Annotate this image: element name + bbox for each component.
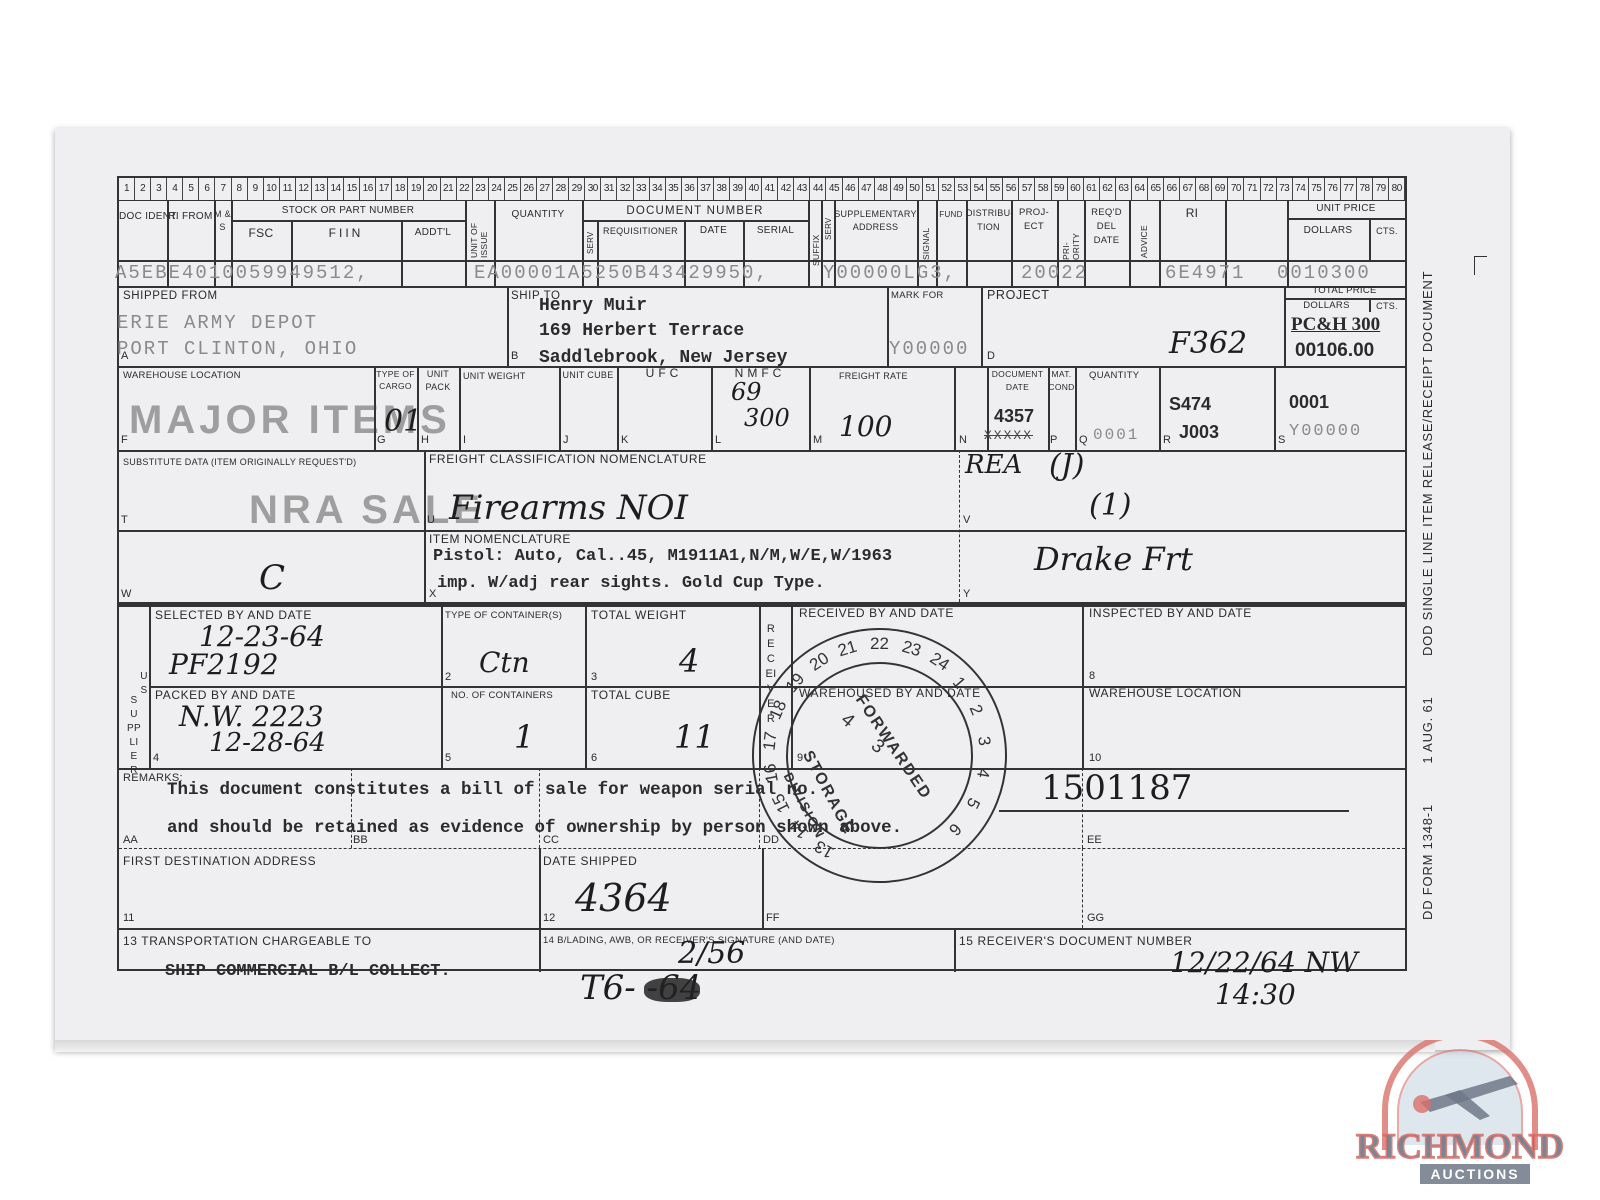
card-column-number: 25 <box>505 178 521 200</box>
r-field-line1: S474 <box>1169 394 1211 415</box>
card-column-number: 23 <box>473 178 489 200</box>
label-total-price: TOTAL PRICE <box>1284 284 1405 298</box>
type-of-containers-value: Ctn <box>479 646 530 679</box>
label-serial: SERIAL <box>743 224 808 238</box>
label-m-s: M & S <box>214 208 231 234</box>
card-column-number: 68 <box>1196 178 1212 200</box>
label-fund: FUND <box>936 208 966 222</box>
key-b: B <box>511 350 518 362</box>
supplier-us-label: US <box>139 670 149 698</box>
key-w: W <box>121 588 131 600</box>
label-serv: SERV <box>586 232 595 254</box>
document-date-value: 4357 <box>994 406 1034 427</box>
card-column-number: 35 <box>666 178 682 200</box>
card-column-number: 22 <box>457 178 473 200</box>
card-column-number: 47 <box>859 178 875 200</box>
corner-mark <box>1474 256 1487 275</box>
label-unit-weight: UNIT WEIGHT <box>463 370 526 382</box>
label-total-dollars: DOLLARS <box>1284 299 1369 313</box>
card-column-number: 37 <box>698 178 714 200</box>
card-column-number: 40 <box>746 178 762 200</box>
card-column-number: 27 <box>537 178 553 200</box>
card-data-segment-5: 6E4971 <box>1165 262 1245 284</box>
remarks-line1: This document constitutes a bill of sale… <box>167 780 818 800</box>
n-field-struck: XXXXX <box>984 428 1033 443</box>
watermark-brand: RICHMOND <box>1356 1126 1564 1166</box>
card-column-number: 19 <box>408 178 424 200</box>
key-q: Q <box>1079 434 1088 446</box>
stamp-ring-number: 1 <box>948 673 969 693</box>
key-g: G <box>377 434 386 446</box>
label-suffix: SUFFIX <box>811 235 821 266</box>
v-field-rea: REA <box>965 450 1022 480</box>
card-column-number: 36 <box>682 178 698 200</box>
row3-quantity-value: 0001 <box>1093 426 1139 444</box>
card-column-number: 80 <box>1389 178 1405 200</box>
label-type-of-cargo: TYPE OF CARGO <box>374 368 417 392</box>
card-column-number: 7 <box>215 178 231 200</box>
label-quantity: QUANTITY <box>494 208 582 222</box>
total-price-value: 00106.00 <box>1295 340 1374 362</box>
card-column-number: 42 <box>778 178 794 200</box>
label-priority: PRI- ORITY <box>1061 218 1081 260</box>
key-m: M <box>813 434 822 446</box>
key-u: U <box>427 514 435 526</box>
card-column-number: 18 <box>392 178 408 200</box>
label-row3-quantity: QUANTITY <box>1089 370 1139 382</box>
item-nomenclature-line1: Pistol: Auto, Cal..45, M1911A1,N/M,W/E,W… <box>433 547 892 566</box>
key-3: 3 <box>591 671 597 683</box>
label-signal: SIGNAL <box>921 228 931 260</box>
card-column-numbers: 1234567891011121314151617181920212223242… <box>119 178 1405 201</box>
key-r: R <box>1163 434 1171 446</box>
total-weight-value: 4 <box>679 642 699 680</box>
label-doc-ident: DOC IDENT. <box>119 210 167 224</box>
nmfc-value-1: 69 <box>731 378 762 406</box>
card-column-number: 73 <box>1277 178 1293 200</box>
key-4: 4 <box>153 752 159 764</box>
key-k: K <box>621 434 628 446</box>
card-column-number: 79 <box>1373 178 1389 200</box>
label-shipped-from: SHIPPED FROM <box>123 290 218 302</box>
stamp-ring-number: 18 <box>766 698 792 723</box>
card-column-number: 50 <box>907 178 923 200</box>
label-project-code: PROJ- ECT <box>1011 206 1057 234</box>
label-ri-from: RI FROM <box>167 210 214 224</box>
card-column-number: 60 <box>1068 178 1084 200</box>
project-handwritten: F362 <box>1169 326 1247 361</box>
card-column-number: 44 <box>810 178 826 200</box>
card-column-number: 11 <box>280 178 296 200</box>
card-column-number: 71 <box>1244 178 1260 200</box>
label-freight-classification: FREIGHT CLASSIFICATION NOMENCLATURE <box>429 452 707 466</box>
card-data-segment-3: Y00000LG3, <box>823 262 957 284</box>
stamp-ring-number: 3 <box>974 735 995 747</box>
stamp-ring-number: 2 <box>965 702 987 719</box>
key-5: 5 <box>445 752 451 764</box>
card-column-number: 2 <box>135 178 151 200</box>
key-ff: FF <box>766 912 779 924</box>
label-supplementary-address: SUPPLEMENTARY ADDRESS <box>834 208 917 234</box>
card-column-number: 56 <box>1003 178 1019 200</box>
card-column-number: 4 <box>167 178 183 200</box>
label-addtl: ADDT'L <box>401 226 465 240</box>
card-column-number: 17 <box>376 178 392 200</box>
card-column-number: 78 <box>1357 178 1373 200</box>
card-data-segment-1: A5EBE4010059949512, <box>115 262 370 284</box>
key-i: I <box>463 434 466 446</box>
card-column-number: 52 <box>939 178 955 200</box>
key-y: Y <box>963 588 970 600</box>
label-date: DATE <box>684 224 743 238</box>
label-unit-cube: UNIT CUBE <box>559 368 617 382</box>
label-advice: ADVICE <box>1139 225 1149 258</box>
ship-to-city: Saddlebrook, New Jersey <box>539 348 787 368</box>
form-date: 1 AUG. 61 <box>1420 696 1435 763</box>
selected-by-initials: PF2192 <box>169 648 279 681</box>
card-column-number: 76 <box>1325 178 1341 200</box>
shipped-from-line1: ERIE ARMY DEPOT <box>117 312 318 334</box>
label-unit-price: UNIT PRICE <box>1287 202 1405 216</box>
label-first-destination: FIRST DESTINATION ADDRESS <box>123 854 316 868</box>
stamp-ring-number: 24 <box>926 649 953 676</box>
card-column-number: 10 <box>264 178 280 200</box>
lading-handwritten-top: 2/56 <box>678 936 745 971</box>
card-column-number: 74 <box>1293 178 1309 200</box>
date-shipped-value: 4364 <box>575 876 672 920</box>
side-form-title: DD FORM 1348-1 1 AUG. 61 DOD SINGLE LINE… <box>1420 235 1435 920</box>
label-warehouse-location: WAREHOUSE LOCATION <box>123 370 241 382</box>
label-freight-rate: FREIGHT RATE <box>839 370 908 382</box>
card-column-number: 3 <box>151 178 167 200</box>
key-dd: DD <box>763 834 779 846</box>
label-serv-2: SERV <box>824 218 833 240</box>
label-dollars: DOLLARS <box>1287 224 1369 238</box>
label-received-by: RECEIVED BY AND DATE <box>799 606 954 620</box>
w-field-value: C <box>259 558 285 598</box>
stamp-ring-number: 20 <box>806 649 833 676</box>
card-column-number: 8 <box>232 178 248 200</box>
card-column-number: 46 <box>843 178 859 200</box>
card-column-number: 24 <box>489 178 505 200</box>
s-field-line2: Y00000 <box>1289 422 1362 441</box>
card-column-number: 70 <box>1228 178 1244 200</box>
stamp-ring-number: 6 <box>944 819 965 840</box>
card-column-number: 14 <box>328 178 344 200</box>
forwarded-storage-division-stamp: 131415161718192021222324123456 FORWARDED… <box>752 628 1007 883</box>
transportation-value: SHIP COMMERCIAL B/L COLLECT. <box>165 962 451 981</box>
key-v: V <box>963 514 970 526</box>
shipped-from-line2: PORT CLINTON, OHIO <box>117 338 358 360</box>
key-t: T <box>121 514 128 526</box>
card-column-number: 61 <box>1084 178 1100 200</box>
label-substitute-data: SUBSTITUTE DATA (ITEM ORIGINALLY REQUEST… <box>123 456 356 468</box>
key-2: 2 <box>445 671 451 683</box>
key-aa: AA <box>123 834 138 846</box>
card-column-number: 29 <box>569 178 585 200</box>
richmond-auctions-logo: RICHMOND AUCTIONS <box>1350 1040 1570 1190</box>
card-column-number: 5 <box>183 178 199 200</box>
label-total-weight: TOTAL WEIGHT <box>591 608 687 622</box>
y-field-value: Drake Frt <box>1034 540 1193 578</box>
label-unit-pack: UNIT PACK <box>417 368 459 394</box>
card-column-number: 13 <box>312 178 328 200</box>
card-column-number: 39 <box>730 178 746 200</box>
card-data-segment-6: 0010300 <box>1277 262 1371 284</box>
label-no-of-containers: NO. OF CONTAINERS <box>451 690 553 702</box>
stamp-ring-number: 22 <box>870 634 889 654</box>
card-data-segment-2: EA00001A5250B43429950, <box>474 262 769 284</box>
receivers-doc-handwritten-1: 12/22/64 NW <box>1170 946 1358 979</box>
pch-value: PC&H 300 <box>1291 314 1380 336</box>
key-ee: EE <box>1087 834 1102 846</box>
card-column-number: 34 <box>650 178 666 200</box>
card-column-number: 67 <box>1180 178 1196 200</box>
key-a: A <box>121 350 128 362</box>
label-cts: CTS. <box>1369 224 1405 238</box>
label-mark-for: MARK FOR <box>891 290 944 302</box>
card-column-number: 30 <box>585 178 601 200</box>
label-project: PROJECT <box>987 288 1050 302</box>
label-distribution: DISTRIBU- TION <box>966 206 1011 234</box>
paper-curl <box>55 1040 1435 1052</box>
card-column-number: 12 <box>296 178 312 200</box>
card-column-number: 64 <box>1132 178 1148 200</box>
card-column-number: 16 <box>360 178 376 200</box>
weapon-serial-handwritten: 1501187 <box>1041 768 1192 808</box>
label-ufc: UFC <box>617 366 711 380</box>
card-column-number: 6 <box>199 178 215 200</box>
label-mat-cond: MAT. COND <box>1048 368 1075 394</box>
card-column-number: 77 <box>1341 178 1357 200</box>
type-of-cargo-value: 01 <box>384 404 422 439</box>
card-column-number: 38 <box>714 178 730 200</box>
stamp-ring-number: 21 <box>836 636 860 661</box>
card-column-number: 69 <box>1212 178 1228 200</box>
key-f: F <box>121 434 128 446</box>
freight-rate-value: 100 <box>839 410 892 443</box>
card-column-number: 72 <box>1261 178 1277 200</box>
key-cc: CC <box>543 834 559 846</box>
card-column-number: 9 <box>248 178 264 200</box>
key-n: N <box>959 434 967 446</box>
freight-classification-value: Firearms NOI <box>449 488 688 528</box>
card-column-number: 15 <box>344 178 360 200</box>
card-column-number: 28 <box>553 178 569 200</box>
key-h: H <box>421 434 429 446</box>
card-column-number: 49 <box>891 178 907 200</box>
v-field-circled-1: (1) <box>1089 488 1132 523</box>
key-10: 10 <box>1089 752 1101 764</box>
form-number: DD FORM 1348-1 <box>1420 804 1435 920</box>
nmfc-value-2: 300 <box>744 404 790 432</box>
card-column-number: 43 <box>794 178 810 200</box>
label-date-shipped: DATE SHIPPED <box>543 854 637 868</box>
card-column-number: 26 <box>521 178 537 200</box>
label-ri: RI <box>1159 206 1225 220</box>
watermark-sub: AUCTIONS <box>1430 1166 1519 1182</box>
card-data-segment-4: 20022 <box>1021 262 1088 284</box>
stamp-ring-number: 19 <box>781 670 808 697</box>
label-requisitioner: REQUISITIONER <box>597 224 684 238</box>
ship-to-street: 169 Herbert Terrace <box>539 321 744 341</box>
card-column-number: 32 <box>617 178 633 200</box>
key-x: X <box>429 588 436 600</box>
label-stock-part-number: STOCK OR PART NUMBER <box>231 204 465 218</box>
card-column-number: 59 <box>1052 178 1068 200</box>
card-column-number: 45 <box>826 178 842 200</box>
total-cube-value: 11 <box>674 718 715 756</box>
stamp-ring-number: 16 <box>760 762 783 784</box>
label-inspected-by: INSPECTED BY AND DATE <box>1089 606 1252 620</box>
card-column-number: 33 <box>634 178 650 200</box>
label-unit-of-issue: UNIT OF ISSUE <box>469 202 489 258</box>
label-document-date: DOCUMENT DATE <box>987 368 1048 394</box>
ship-to-name: Henry Muir <box>539 296 647 316</box>
label-total-cts: CTS. <box>1369 299 1405 313</box>
dd-form-1348-1: 1234567891011121314151617181920212223242… <box>117 176 1407 971</box>
rule <box>119 286 1405 288</box>
supplier-side-label: SUPPLIER <box>127 694 141 778</box>
key-l: L <box>715 434 721 446</box>
card-column-number: 31 <box>601 178 617 200</box>
stamp-ring-number: 23 <box>899 636 923 661</box>
key-11: 11 <box>123 912 134 924</box>
key-s: S <box>1278 434 1285 446</box>
stamp-ring-number: 4 <box>972 767 993 780</box>
label-transportation-chargeable: 13 TRANSPORTATION CHARGEABLE TO <box>123 934 372 948</box>
label-reqd-del-date: REQ'D DEL DATE <box>1084 206 1129 248</box>
key-12: 12 <box>543 912 555 924</box>
label-fsc: FSC <box>231 226 291 240</box>
label-receiver-warehouse-location: WAREHOUSE LOCATION <box>1089 686 1242 700</box>
form-title: DOD SINGLE LINE ITEM RELEASE/RECEIPT DOC… <box>1420 271 1435 656</box>
card-column-number: 62 <box>1100 178 1116 200</box>
packed-by-date: 12-28-64 <box>209 728 326 758</box>
key-bb: BB <box>353 834 368 846</box>
label-receivers-document-number: 15 RECEIVER'S DOCUMENT NUMBER <box>959 934 1193 948</box>
key-p: P <box>1050 434 1057 446</box>
r-field-line2: J003 <box>1179 422 1219 443</box>
card-column-number: 20 <box>424 178 440 200</box>
key-6: 6 <box>591 752 597 764</box>
mark-for-value: Y00000 <box>889 338 969 360</box>
stamp-ring-number: 17 <box>759 731 781 752</box>
label-total-cube: TOTAL CUBE <box>591 688 671 702</box>
s-field-line1: 0001 <box>1289 392 1329 413</box>
scribbled-out-text <box>644 978 700 1002</box>
key-8: 8 <box>1089 670 1095 682</box>
card-column-number: 1 <box>119 178 135 200</box>
card-column-number: 66 <box>1164 178 1180 200</box>
key-gg: GG <box>1087 912 1104 924</box>
card-column-number: 41 <box>762 178 778 200</box>
v-field-circled-j: (J) <box>1049 448 1084 483</box>
label-item-nomenclature: ITEM NOMENCLATURE <box>429 532 571 546</box>
card-column-number: 63 <box>1116 178 1132 200</box>
item-nomenclature-line2: imp. W/adj rear sights. Gold Cup Type. <box>437 574 825 593</box>
card-column-number: 58 <box>1035 178 1051 200</box>
key-d: D <box>987 350 995 362</box>
label-fiin: FIIN <box>291 226 401 240</box>
card-column-number: 21 <box>441 178 457 200</box>
label-type-of-containers: TYPE OF CONTAINER(S) <box>445 610 562 622</box>
card-column-number: 75 <box>1309 178 1325 200</box>
label-document-number: DOCUMENT NUMBER <box>582 204 808 218</box>
card-column-number: 53 <box>955 178 971 200</box>
card-column-number: 55 <box>987 178 1003 200</box>
card-column-number: 54 <box>971 178 987 200</box>
key-j: J <box>563 434 569 446</box>
card-column-number: 57 <box>1019 178 1035 200</box>
receivers-doc-handwritten-2: 14:30 <box>1215 978 1296 1011</box>
card-column-number: 51 <box>923 178 939 200</box>
no-of-containers-value: 1 <box>514 718 534 756</box>
stamp-ring-number: 5 <box>962 795 984 812</box>
card-column-number: 65 <box>1148 178 1164 200</box>
card-column-number: 48 <box>875 178 891 200</box>
